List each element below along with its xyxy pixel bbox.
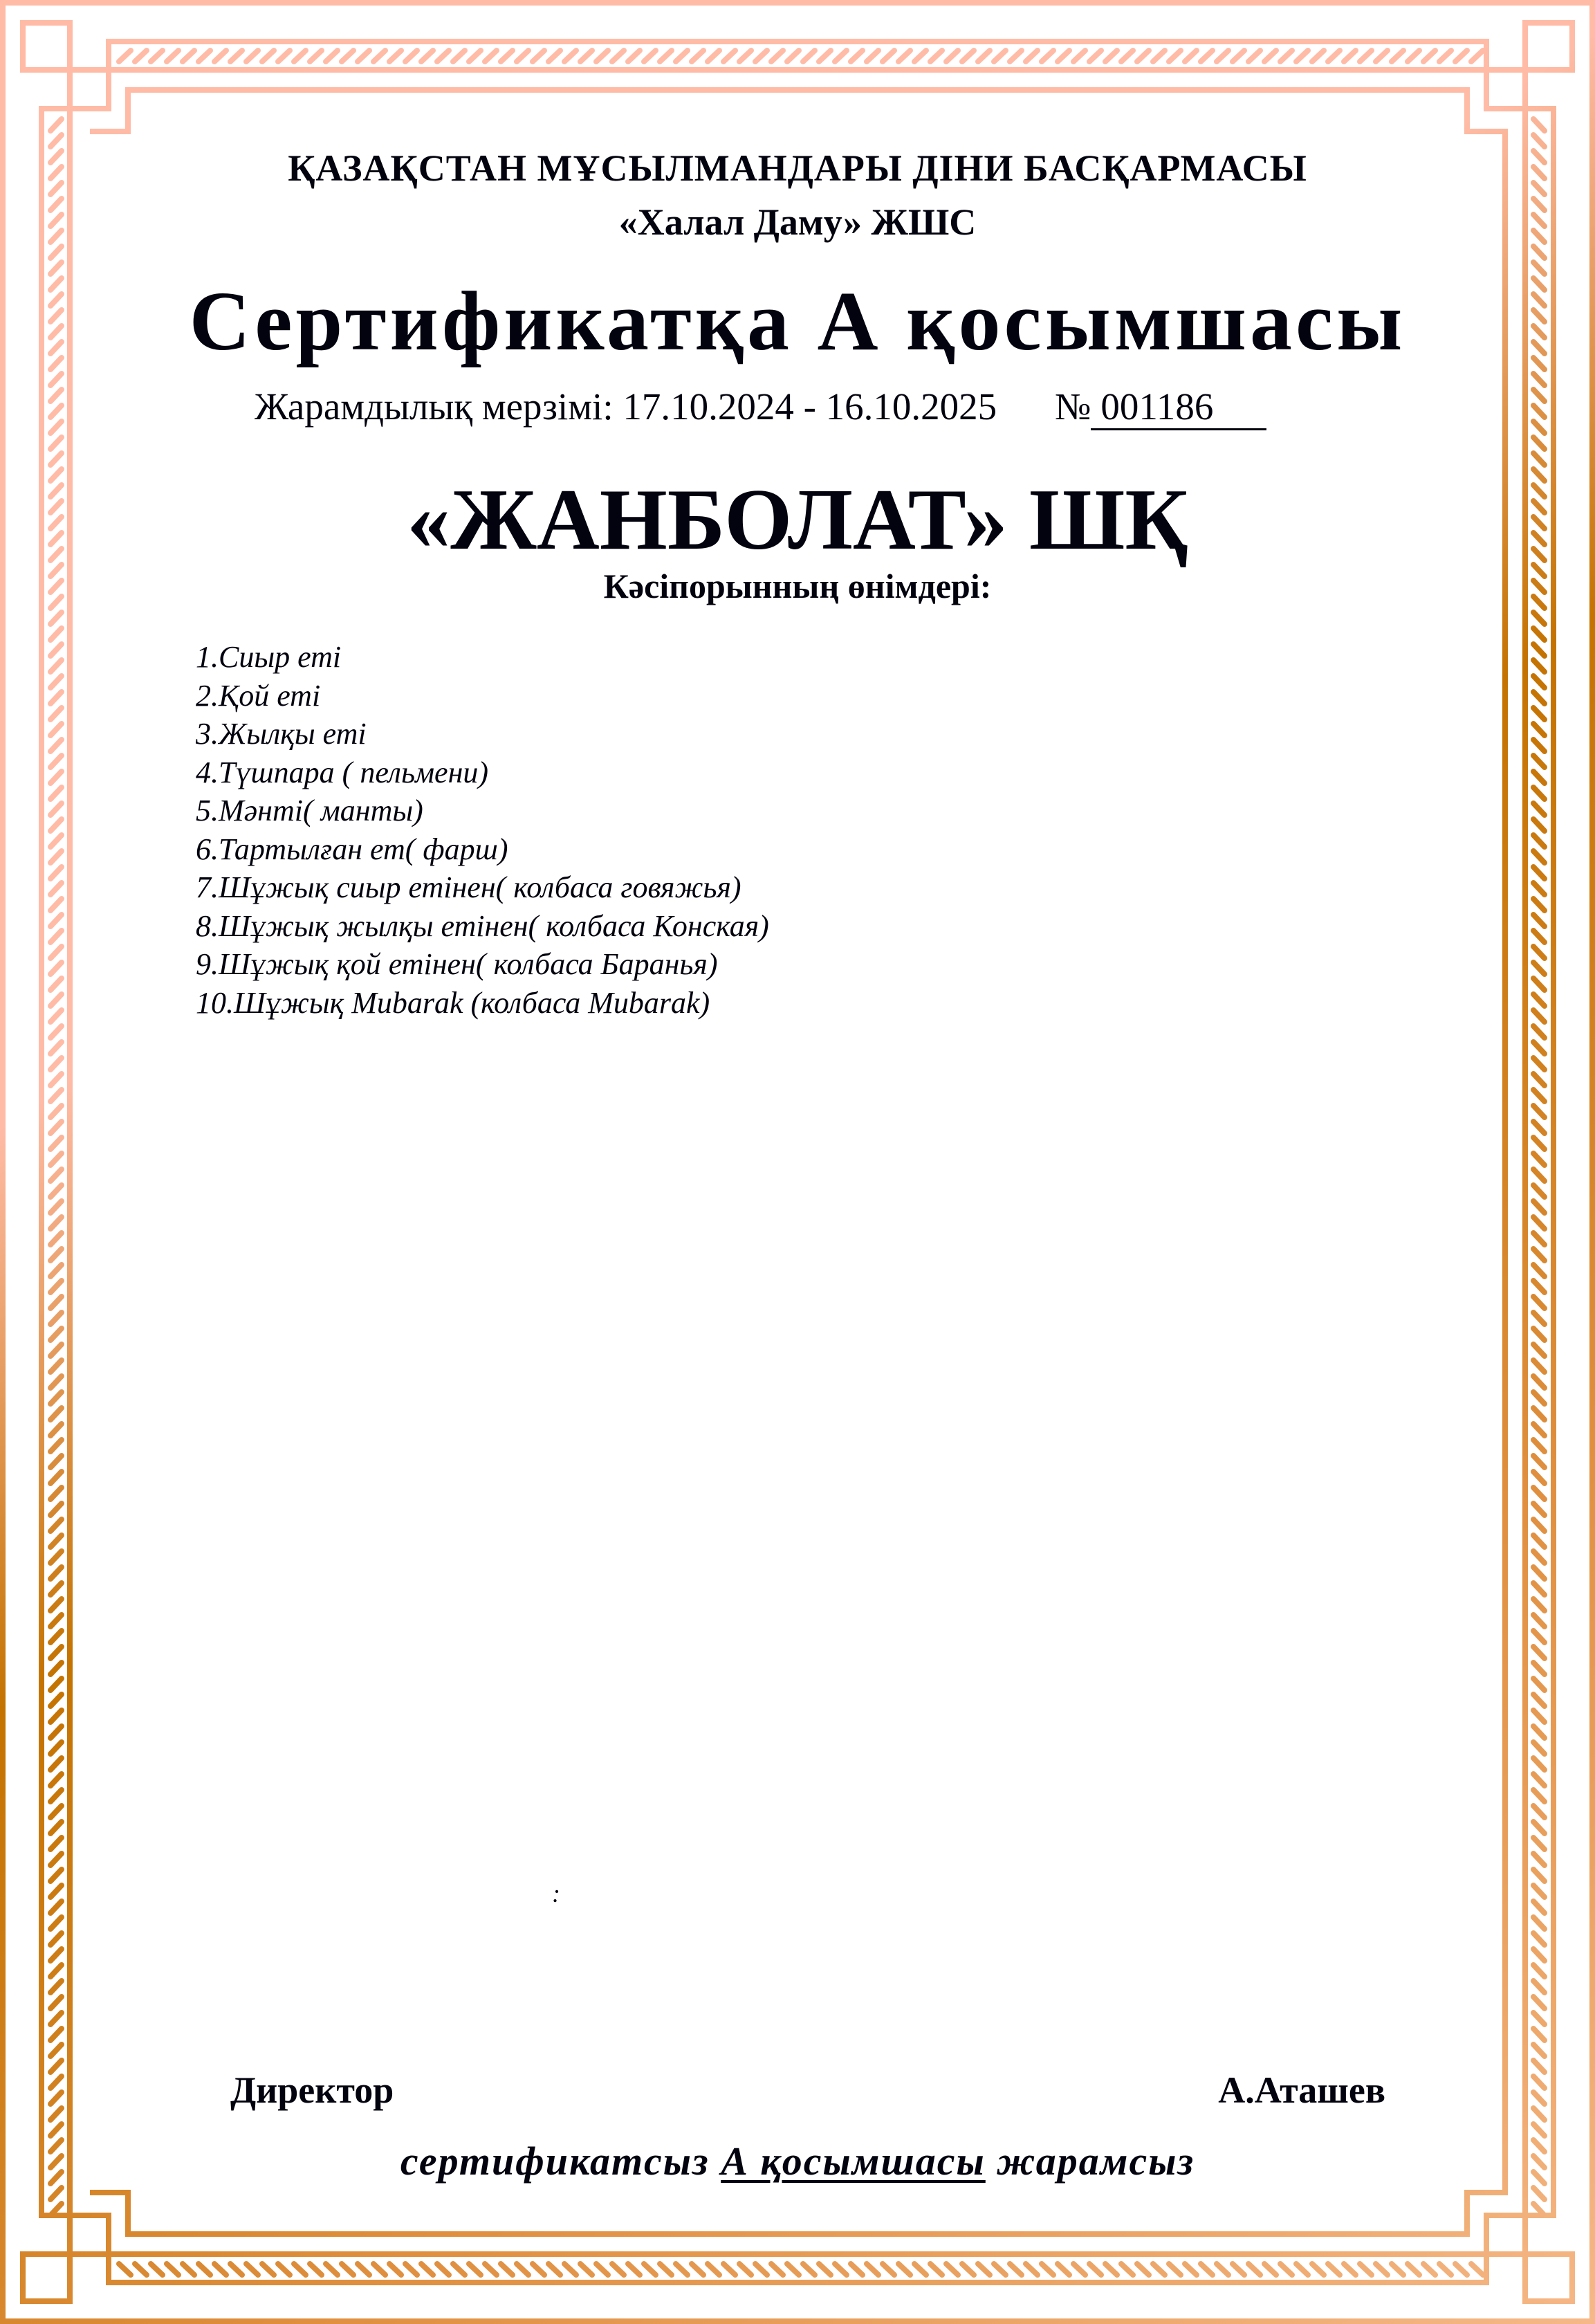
company-name: «ЖАНБОЛАТ» ШҚ	[0, 470, 1595, 570]
footer-note: сертификатсыз А қосымшасы жарамсыз	[0, 2138, 1595, 2184]
stray-mark: :	[552, 1879, 560, 1908]
number-label: №	[1055, 385, 1091, 428]
signature-name: А.Аташев	[1218, 2069, 1385, 2112]
product-item: 6.Тартылған ет( фарш)	[196, 830, 769, 869]
issuer-name: «Халал Даму» ЖШС	[0, 201, 1595, 244]
footer-underlined: А қосымшасы	[721, 2139, 986, 2184]
products-heading: Кәсіпорынның өнімдері:	[0, 566, 1595, 606]
signature-role: Директор	[230, 2069, 394, 2112]
product-item: 7.Шұжық сиыр етінен( колбаса говяжья)	[196, 868, 769, 907]
product-item: 5.Мәнті( манты)	[196, 792, 769, 830]
product-item: 10.Шұжық Mubarak (колбаса Mubarak)	[196, 984, 769, 1023]
product-list: 1.Сиыр еті2.Қой еті3.Жылқы еті4.Түшпара …	[196, 638, 769, 1022]
product-item: 9.Шұжық қой етінен( колбаса Баранья)	[196, 945, 769, 984]
document-title: Сертификатқа А қосымшасы	[0, 273, 1595, 370]
certificate-number: 001186	[1091, 385, 1266, 430]
validity-label: Жарамдылық мерзімі:	[255, 385, 614, 428]
validity-range: 17.10.2024 - 16.10.2025	[623, 385, 997, 428]
footer-prefix: сертификатсыз	[400, 2139, 721, 2184]
validity-line: Жарамдылық мерзімі: 17.10.2024 - 16.10.2…	[255, 385, 1266, 430]
product-item: 8.Шұжық жылқы етінен( колбаса Конская)	[196, 907, 769, 946]
product-item: 3.Жылқы еті	[196, 715, 769, 753]
footer-suffix: жарамсыз	[986, 2139, 1195, 2184]
product-item: 1.Сиыр еті	[196, 638, 769, 677]
organization-name: ҚАЗАҚСТАН МҰСЫЛМАНДАРЫ ДІНИ БАСҚАРМАСЫ	[0, 147, 1595, 190]
product-item: 2.Қой еті	[196, 677, 769, 715]
product-item: 4.Түшпара ( пельмени)	[196, 753, 769, 792]
